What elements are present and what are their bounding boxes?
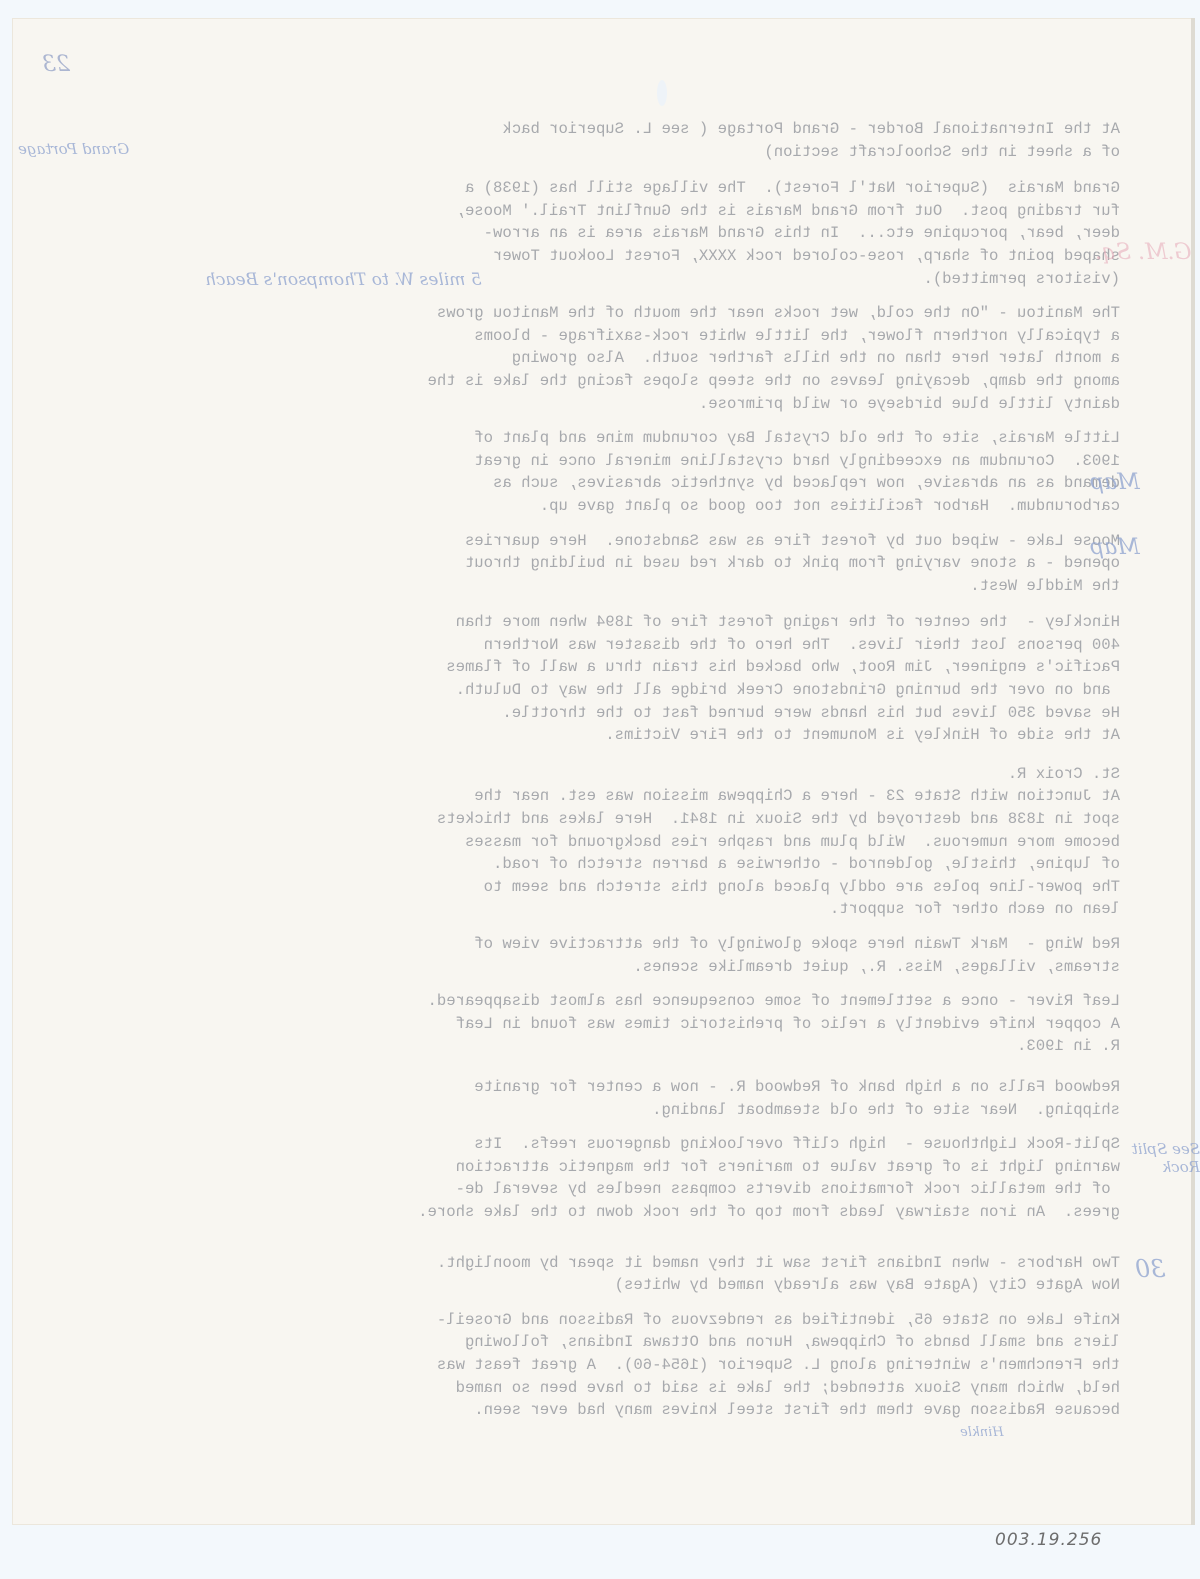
text-line: Now Agate City (Agate Bay was already na… [100, 1274, 1120, 1297]
text-line: Grand Marais (Superior Nat'l Forest). Th… [100, 177, 1120, 200]
text-line: Two Harbors - when Indians first saw it … [100, 1252, 1120, 1275]
paragraph-little-marais: Little Marais, site of the old Crystal B… [100, 427, 1160, 517]
paragraph-manitou: The Manitou - "On the cold, wet rocks ne… [100, 302, 1160, 415]
text-line: a month later here than on the hills far… [100, 347, 1120, 370]
text-line: He saved 350 lives but his hands were bu… [100, 702, 1120, 725]
paragraph-leaf-river: Leaf River - once a settlement of some c… [100, 990, 1160, 1058]
text-line: grees. An iron stairway leads from top o… [100, 1201, 1120, 1224]
text-line: Split-Rock Lighthouse - high cliff overl… [100, 1133, 1120, 1156]
handwritten-check-1: Map [1090, 470, 1140, 495]
text-line: shipping. Near site of the old steamboat… [100, 1099, 1120, 1122]
text-line: opened - a stone varying from pink to da… [100, 552, 1120, 575]
text-line: of lupine, thistle, goldenrod - otherwis… [100, 853, 1120, 876]
text-line: The Manitou - "On the cold, wet rocks ne… [100, 302, 1120, 325]
text-line: the Middle West. [100, 575, 1120, 598]
text-line: R. in 1903. [100, 1035, 1120, 1058]
text-line: fur trading post. Out from Grand Marais … [100, 200, 1120, 223]
paragraph-hinckley: Hinckley - the center of the raging fore… [100, 611, 1160, 747]
text-line: held, which many Sioux attended; the lak… [100, 1377, 1120, 1400]
text-line: Pacific's engineer, Jim Root, who backed… [100, 656, 1120, 679]
text-line: The power-line poles are oddly placed al… [100, 876, 1120, 899]
text-line: A copper knife evidently a relic of preh… [100, 1013, 1120, 1036]
paragraph-two-harbors: Two Harbors - when Indians first saw it … [100, 1252, 1160, 1297]
text-line: 1903. Corundum an exceedingly hard cryst… [100, 450, 1120, 473]
text-line: At Junction with State 23 - here a Chipp… [100, 785, 1120, 808]
text-line: At the International Border - Grand Port… [100, 118, 1120, 141]
text-line: demand as an abrasive, now replaced by s… [100, 472, 1120, 495]
text-line: shaped point of sharp, rose-colored rock… [100, 245, 1120, 268]
handwritten-note-two-harbors: 30 [1135, 1255, 1166, 1283]
text-line: dainty little blue birdseye or wild prim… [100, 393, 1120, 416]
text-line: the Frenchmen's wintering along L. Super… [100, 1354, 1120, 1377]
handwritten-initials: Hinkle [960, 1425, 1004, 1440]
text-line: Knife Lake on State 65, identified as re… [100, 1309, 1120, 1332]
text-line: Redwood Falls on a high bank of Redwood … [100, 1076, 1120, 1099]
handwritten-note-red: G.M. Sq. [1095, 240, 1191, 265]
page-number-note: 23 [42, 52, 70, 77]
text-line: Leaf River - once a settlement of some c… [100, 990, 1120, 1013]
text-line: of the metallic rock formations diverts … [100, 1178, 1120, 1201]
text-line: carborundum. Harbor facilities not too g… [100, 495, 1120, 518]
text-line: become more numerous. Wild plum and rasp… [100, 831, 1120, 854]
text-line: warning light is of great value to marin… [100, 1156, 1120, 1179]
text-line: and on over the burning Grindstone Creek… [100, 679, 1120, 702]
text-line: of a sheet in the Schoolcraft section) [100, 141, 1120, 164]
handwritten-note-top: Grand Portage [18, 140, 129, 158]
text-line: because Radisson gave them the first ste… [100, 1399, 1120, 1422]
text-line: Little Marais, site of the old Crystal B… [100, 427, 1120, 450]
text-line: Hinckley - the center of the raging fore… [100, 611, 1120, 634]
text-line: deer, bear, porcupine etc... In this Gra… [100, 222, 1120, 245]
text-line: St. Croix R. [100, 763, 1120, 786]
text-line: among the damp, decaying leaves on the s… [100, 370, 1120, 393]
accession-number: 003.19.256 [995, 1530, 1102, 1550]
typed-text-mirrored: At the International Border - Grand Port… [100, 118, 1160, 1434]
paragraph-knife-lake: Knife Lake on State 65, identified as re… [100, 1309, 1160, 1422]
text-line: Red Wing - Mark Twain here spoke glowing… [100, 933, 1120, 956]
handwritten-note-split-rock: See Split Rock [1095, 1140, 1200, 1176]
text-line: lean on each other for support. [100, 898, 1120, 921]
text-line: streams, villages, Miss. R., quiet dream… [100, 956, 1120, 979]
paragraph-intl-border: At the International Border - Grand Port… [100, 118, 1160, 163]
paragraph-redwood-falls: Redwood Falls on a high bank of Redwood … [100, 1076, 1160, 1121]
text-line: 400 persons lost their lives. The hero o… [100, 634, 1120, 657]
handwritten-note-grand-marais: 5 miles W. to Thompson's Beach [205, 270, 482, 290]
handwritten-check-2: Map [1090, 535, 1140, 560]
text-line: spot in 1838 and destroyed by the Sioux … [100, 808, 1120, 831]
text-line: liers and small bands of Chippewa, Huron… [100, 1331, 1120, 1354]
punch-hole [657, 80, 667, 106]
paragraph-red-wing: Red Wing - Mark Twain here spoke glowing… [100, 933, 1160, 978]
text-line: Moose Lake - wiped out by forest fire as… [100, 530, 1120, 553]
text-line: a typically northern flower, the little … [100, 325, 1120, 348]
text-line: At the side of Hinkley is Monument to th… [100, 724, 1120, 747]
paragraph-split-rock: Split-Rock Lighthouse - high cliff overl… [100, 1133, 1160, 1223]
paragraph-st-croix: St. Croix R.At Junction with State 23 - … [100, 763, 1160, 921]
paragraph-moose-lake: Moose Lake - wiped out by forest fire as… [100, 530, 1160, 598]
